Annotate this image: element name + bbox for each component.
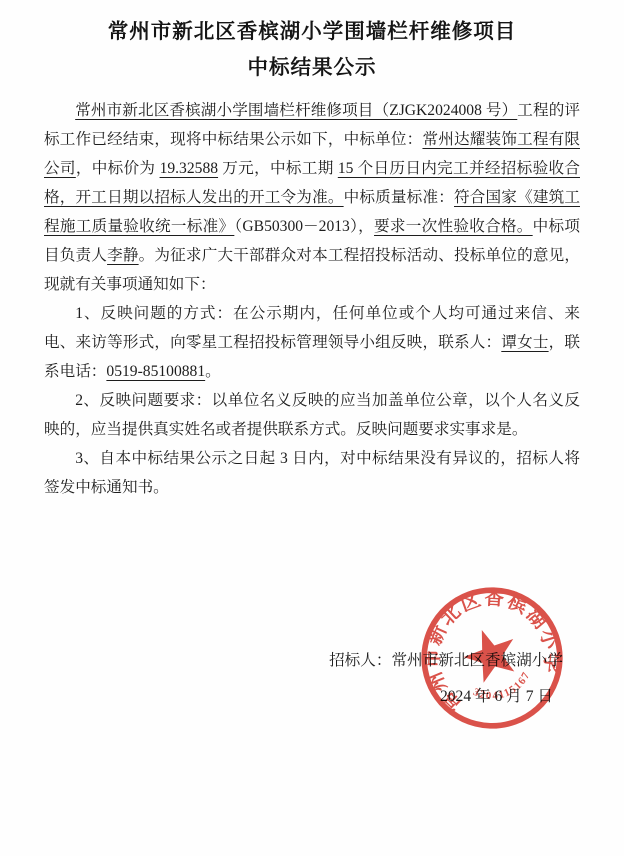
underlined-text: 常州市新北区香槟湖小学围墙栏杆维修项目（ZJGK2024008 号） (75, 102, 517, 119)
text-run: （GB50300－2013）， (234, 218, 374, 235)
title-line-2: 中标结果公示 (0, 50, 624, 86)
title-line-1: 常州市新北区香槟湖小学围墙栏杆维修项目 (0, 14, 624, 50)
underlined-text: 19.32588 (160, 160, 218, 177)
document-page: 常州市新北区香槟湖小学围墙栏杆维修项目 中标结果公示 常州市新北区香槟湖小学围墙… (0, 0, 624, 856)
text-run: 1、反映问题的方式：在公示期内，任何单位或个人均可通过来信、来电、来访等形式，向… (44, 305, 580, 351)
underlined-text: 李静 (107, 247, 139, 264)
bidder-line: 招标人：常州市新北区香槟湖小学 (0, 646, 563, 675)
text-run: ，中标价为 (76, 160, 160, 177)
document-title: 常州市新北区香槟湖小学围墙栏杆维修项目 中标结果公示 (0, 0, 624, 86)
paragraph: 3、自本中标结果公示之日起 3 日内，对中标结果没有异议的，招标人将签发中标通知… (44, 444, 580, 502)
paragraph: 1、反映问题的方式：在公示期内，任何单位或个人均可通过来信、来电、来访等形式，向… (44, 299, 580, 386)
paragraph: 常州市新北区香槟湖小学围墙栏杆维修项目（ZJGK2024008 号）工程的评标工… (44, 96, 580, 299)
text-run: 。 (205, 363, 221, 380)
underlined-text: 要求一次性验收合格。 (374, 218, 533, 235)
paragraph: 2、反映问题要求：以单位名义反映的应当加盖单位公章，以个人名义反映的，应当提供真… (44, 386, 580, 444)
text-run: 中标质量标准： (344, 189, 454, 206)
date-line: 2024 年 6 月 7 日 (0, 682, 553, 711)
text-run: 2、反映问题要求：以单位名义反映的应当加盖单位公章，以个人名义反映的，应当提供真… (44, 392, 580, 438)
underlined-text: 0519-85100881 (106, 363, 205, 380)
text-run: 万元，中标工期 (218, 160, 338, 177)
body-paragraphs: 常州市新北区香槟湖小学围墙栏杆维修项目（ZJGK2024008 号）工程的评标工… (44, 96, 580, 502)
signature-block: 招标人：常州市新北区香槟湖小学 2024 年 6 月 7 日 (0, 646, 563, 711)
underlined-text: 谭女士 (501, 334, 548, 351)
text-run: 3、自本中标结果公示之日起 3 日内，对中标结果没有异议的，招标人将签发中标通知… (44, 450, 580, 496)
